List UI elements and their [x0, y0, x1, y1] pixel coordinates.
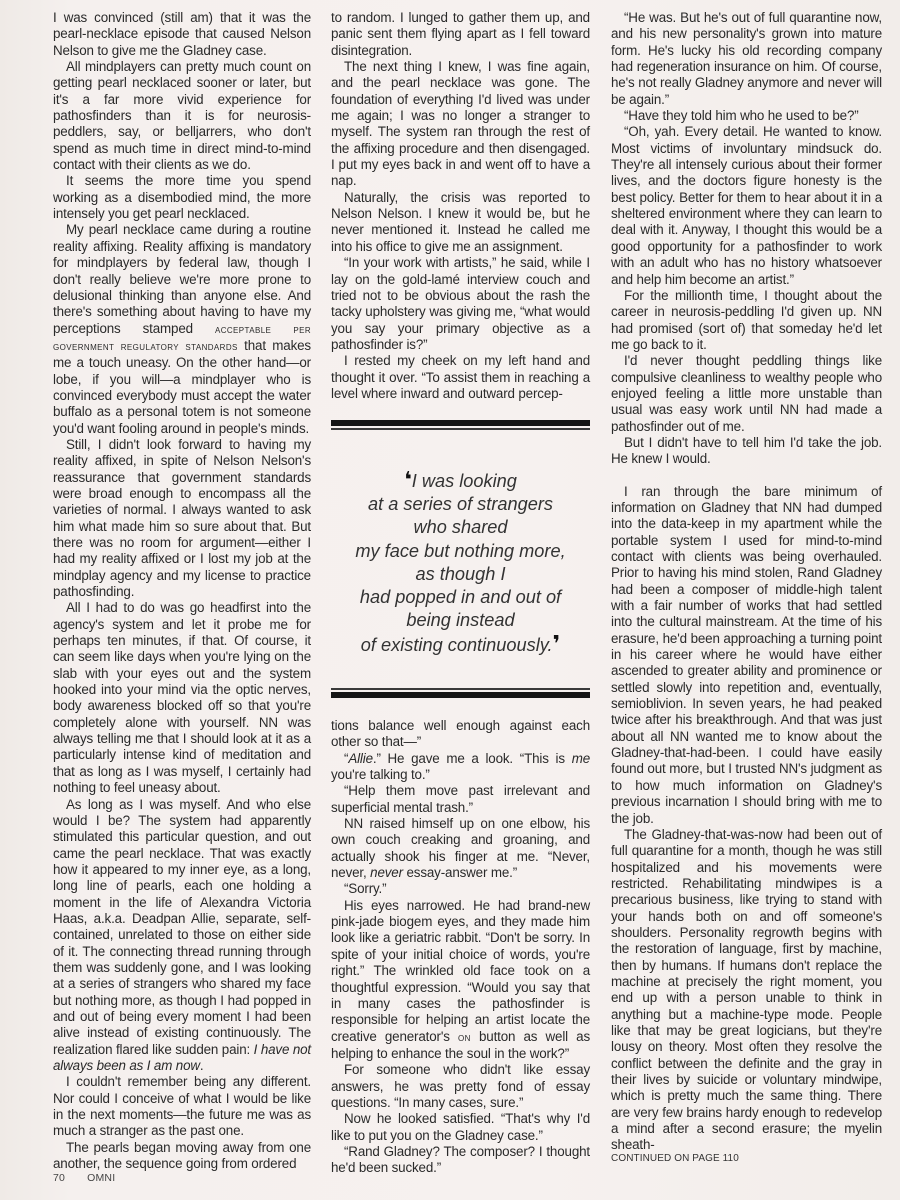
paragraph: I couldn't remember being any different.…: [53, 1074, 311, 1139]
pull-quote-line: as though I: [331, 563, 590, 586]
small-caps-text: on: [458, 1032, 471, 1044]
paragraph: “Rand Gladney? The composer? I thought h…: [331, 1144, 590, 1177]
paragraph: tions balance well enough against each o…: [331, 718, 590, 751]
paragraph: “Sorry.”: [331, 881, 590, 897]
pull-quote-line: being instead: [331, 609, 590, 632]
pull-quote-line: my face but nothing more,: [331, 540, 590, 563]
article-column-2: to random. I lunged to gather them up, a…: [331, 10, 590, 402]
pull-quote-line: ❛I was looking: [331, 468, 590, 493]
open-quote-icon: ❛: [404, 467, 412, 492]
thin-rule: [331, 428, 590, 430]
page-number: 70: [53, 1172, 65, 1184]
page-folio: 70OMNI: [53, 1172, 137, 1184]
paragraph: The next thing I knew, I was fine again,…: [331, 59, 590, 190]
magazine-page: I was convinced (still am) that it was t…: [0, 0, 900, 1200]
text-run: My pearl necklace came during a routine …: [53, 222, 311, 335]
paragraph: NN raised himself up on one elbow, his o…: [331, 816, 590, 881]
paragraph: My pearl necklace came during a routine …: [53, 222, 311, 436]
pull-quote-line: at a series of strangers: [331, 493, 590, 516]
paragraph: “Help them move past irrelevant and supe…: [331, 783, 590, 816]
paragraph: “He was. But he's out of full quarantine…: [611, 10, 882, 108]
pull-quote-line: had popped in and out of: [331, 586, 590, 609]
paragraph: “In your work with artists,” he said, wh…: [331, 255, 590, 353]
italic-text: never: [370, 865, 403, 880]
paragraph: All I had to do was go headfirst into th…: [53, 600, 311, 796]
paragraph: I was convinced (still am) that it was t…: [53, 10, 311, 59]
paragraph: For someone who didn't like essay answer…: [331, 1062, 590, 1111]
paragraph: Naturally, the crisis was reported to Ne…: [331, 190, 590, 255]
pullquote-rule-bottom: [331, 688, 590, 698]
article-column-1: I was convinced (still am) that it was t…: [53, 10, 311, 1172]
paragraph: As long as I was myself. And who else wo…: [53, 797, 311, 1075]
paragraph: to random. I lunged to gather them up, a…: [331, 10, 590, 59]
paragraph: “Oh, yah. Every detail. He wanted to kno…: [611, 124, 882, 287]
paragraph: For the millionth time, I thought about …: [611, 288, 882, 353]
text-run: .: [200, 1058, 204, 1073]
text-run: As long as I was myself. And who else wo…: [53, 797, 311, 1057]
article-column-2-continued: tions balance well enough against each o…: [331, 718, 590, 1177]
paragraph: I ran through the bare minimum of inform…: [611, 484, 882, 827]
paragraph: It seems the more time you spend working…: [53, 173, 311, 222]
pull-quote: ❛I was looking at a series of strangers …: [331, 468, 590, 658]
continued-on-page: CONTINUED ON PAGE 110: [611, 1153, 739, 1164]
italic-text: Allie: [348, 751, 373, 766]
publication-name: OMNI: [87, 1172, 115, 1184]
paragraph: I rested my cheek on my left hand and th…: [331, 353, 590, 402]
paragraph: Now he looked satisfied. “That's why I'd…: [331, 1111, 590, 1144]
paragraph: Still, I didn't look forward to having m…: [53, 437, 311, 600]
paragraph: I'd never thought peddling things like c…: [611, 353, 882, 435]
pullquote-rule-top: [331, 420, 590, 430]
paragraph: But I didn't have to tell him I'd take t…: [611, 435, 882, 468]
article-column-3: “He was. But he's out of full quarantine…: [611, 10, 882, 1154]
paragraph: His eyes narrowed. He had brand-new pink…: [331, 898, 590, 1062]
paragraph: The pearls began moving away from one an…: [53, 1140, 311, 1173]
pull-quote-line: who shared: [331, 516, 590, 539]
close-quote-icon: ❜: [553, 631, 561, 656]
thick-rule: [331, 692, 590, 698]
italic-text: me: [572, 751, 590, 766]
paragraph: “Allie.” He gave me a look. “This is me …: [331, 751, 590, 784]
paragraph: “Have they told him who he used to be?”: [611, 108, 882, 124]
paragraph: All mindplayers can pretty much count on…: [53, 59, 311, 173]
paragraph: The Gladney-that-was-now had been out of…: [611, 827, 882, 1154]
pull-quote-line: of existing continuously.❜: [331, 632, 590, 657]
